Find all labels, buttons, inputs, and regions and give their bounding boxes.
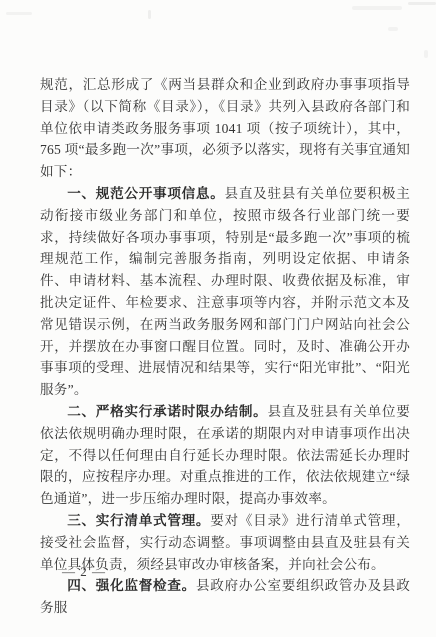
document-body: 规范，汇总形成了《两当县群众和企业到政府办事事项指导目录》（以下简称《目录》），… bbox=[40, 74, 410, 619]
scanned-document-page: 规范，汇总形成了《两当县群众和企业到政府办事事项指导目录》（以下简称《目录》），… bbox=[0, 0, 436, 637]
scan-artifact bbox=[352, 6, 402, 10]
paragraph-text: 县直及驻县有关单位要积极主动衔接市级业务部门和单位，按照市级各行业部门统一要求，… bbox=[40, 186, 410, 397]
scan-artifact bbox=[148, 10, 151, 19]
scan-artifact bbox=[408, 2, 436, 5]
section-2-heading: 二、严格实行承诺时限办结制。 bbox=[67, 404, 267, 419]
section-3-heading: 三、实行清单式管理。 bbox=[67, 513, 210, 528]
paragraph-section-1: 一、规范公开事项信息。县直及驻县有关单位要积极主动衔接市级业务部门和单位，按照市… bbox=[40, 183, 410, 401]
paragraph-section-2: 二、严格实行承诺时限办结制。县直及驻县有关单位要依法依规明确办理时限，在承诺的期… bbox=[40, 401, 410, 510]
section-1-heading: 一、规范公开事项信息。 bbox=[67, 186, 224, 201]
page-number: — 2 — bbox=[62, 564, 106, 580]
paragraph-text: 规范，汇总形成了《两当县群众和企业到政府办事事项指导目录》（以下简称《目录》），… bbox=[40, 77, 410, 179]
section-4-heading: 四、强化监督检查。 bbox=[67, 578, 196, 593]
paragraph-text: 县直及驻县有关单位要依法依规明确办理时限，在承诺的期限内对申请事项作出决定，不得… bbox=[40, 404, 410, 506]
scan-artifact bbox=[388, 27, 398, 31]
scan-artifact bbox=[6, 12, 32, 15]
paragraph-section-4: 四、强化监督检查。县政府办公室要组织政管办及县政务服 bbox=[40, 575, 410, 619]
paragraph-continuation: 规范，汇总形成了《两当县群众和企业到政府办事事项指导目录》（以下简称《目录》），… bbox=[40, 74, 410, 183]
scan-artifact bbox=[424, 50, 428, 58]
